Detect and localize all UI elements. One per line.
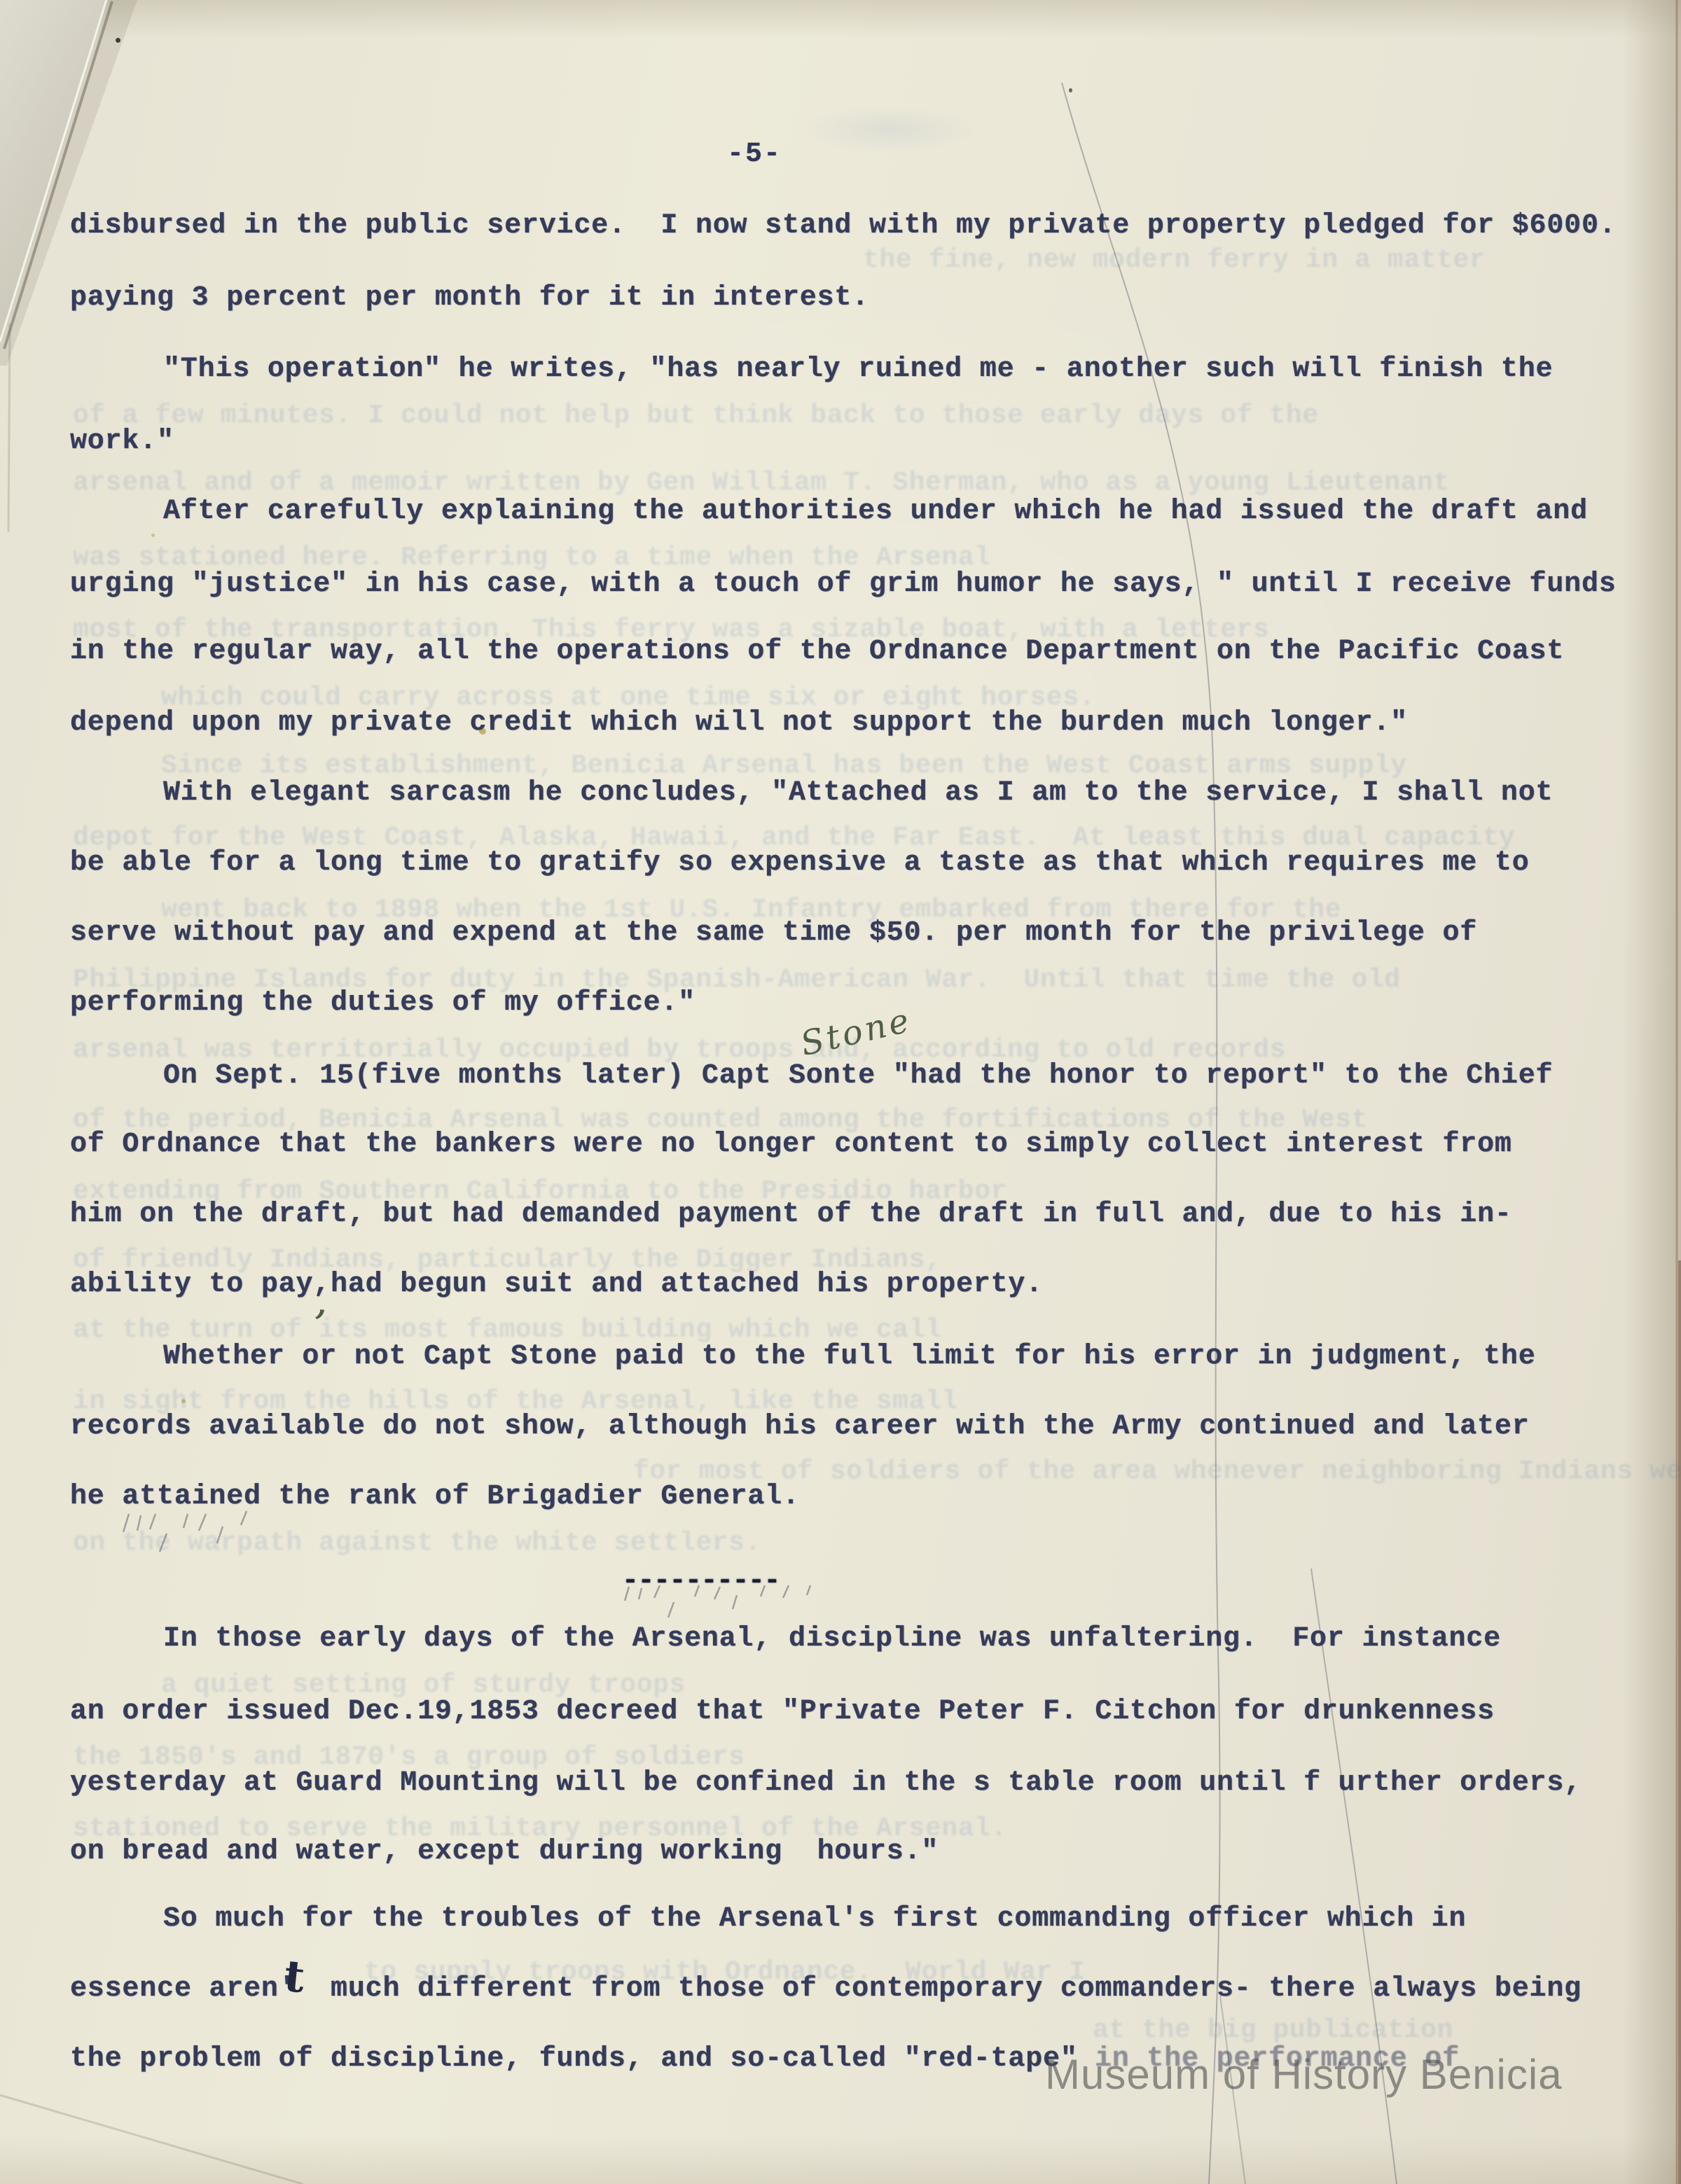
pencil-marks bbox=[123, 1511, 810, 1618]
corner-fold bbox=[0, 0, 137, 532]
crease-lines bbox=[0, 83, 1397, 2184]
typewritten-page-scan: disbursed in the public service. I now s… bbox=[0, 0, 1681, 2184]
page-right-edge bbox=[1677, 0, 1680, 2184]
paper-creases-overlay bbox=[0, 0, 1681, 2184]
